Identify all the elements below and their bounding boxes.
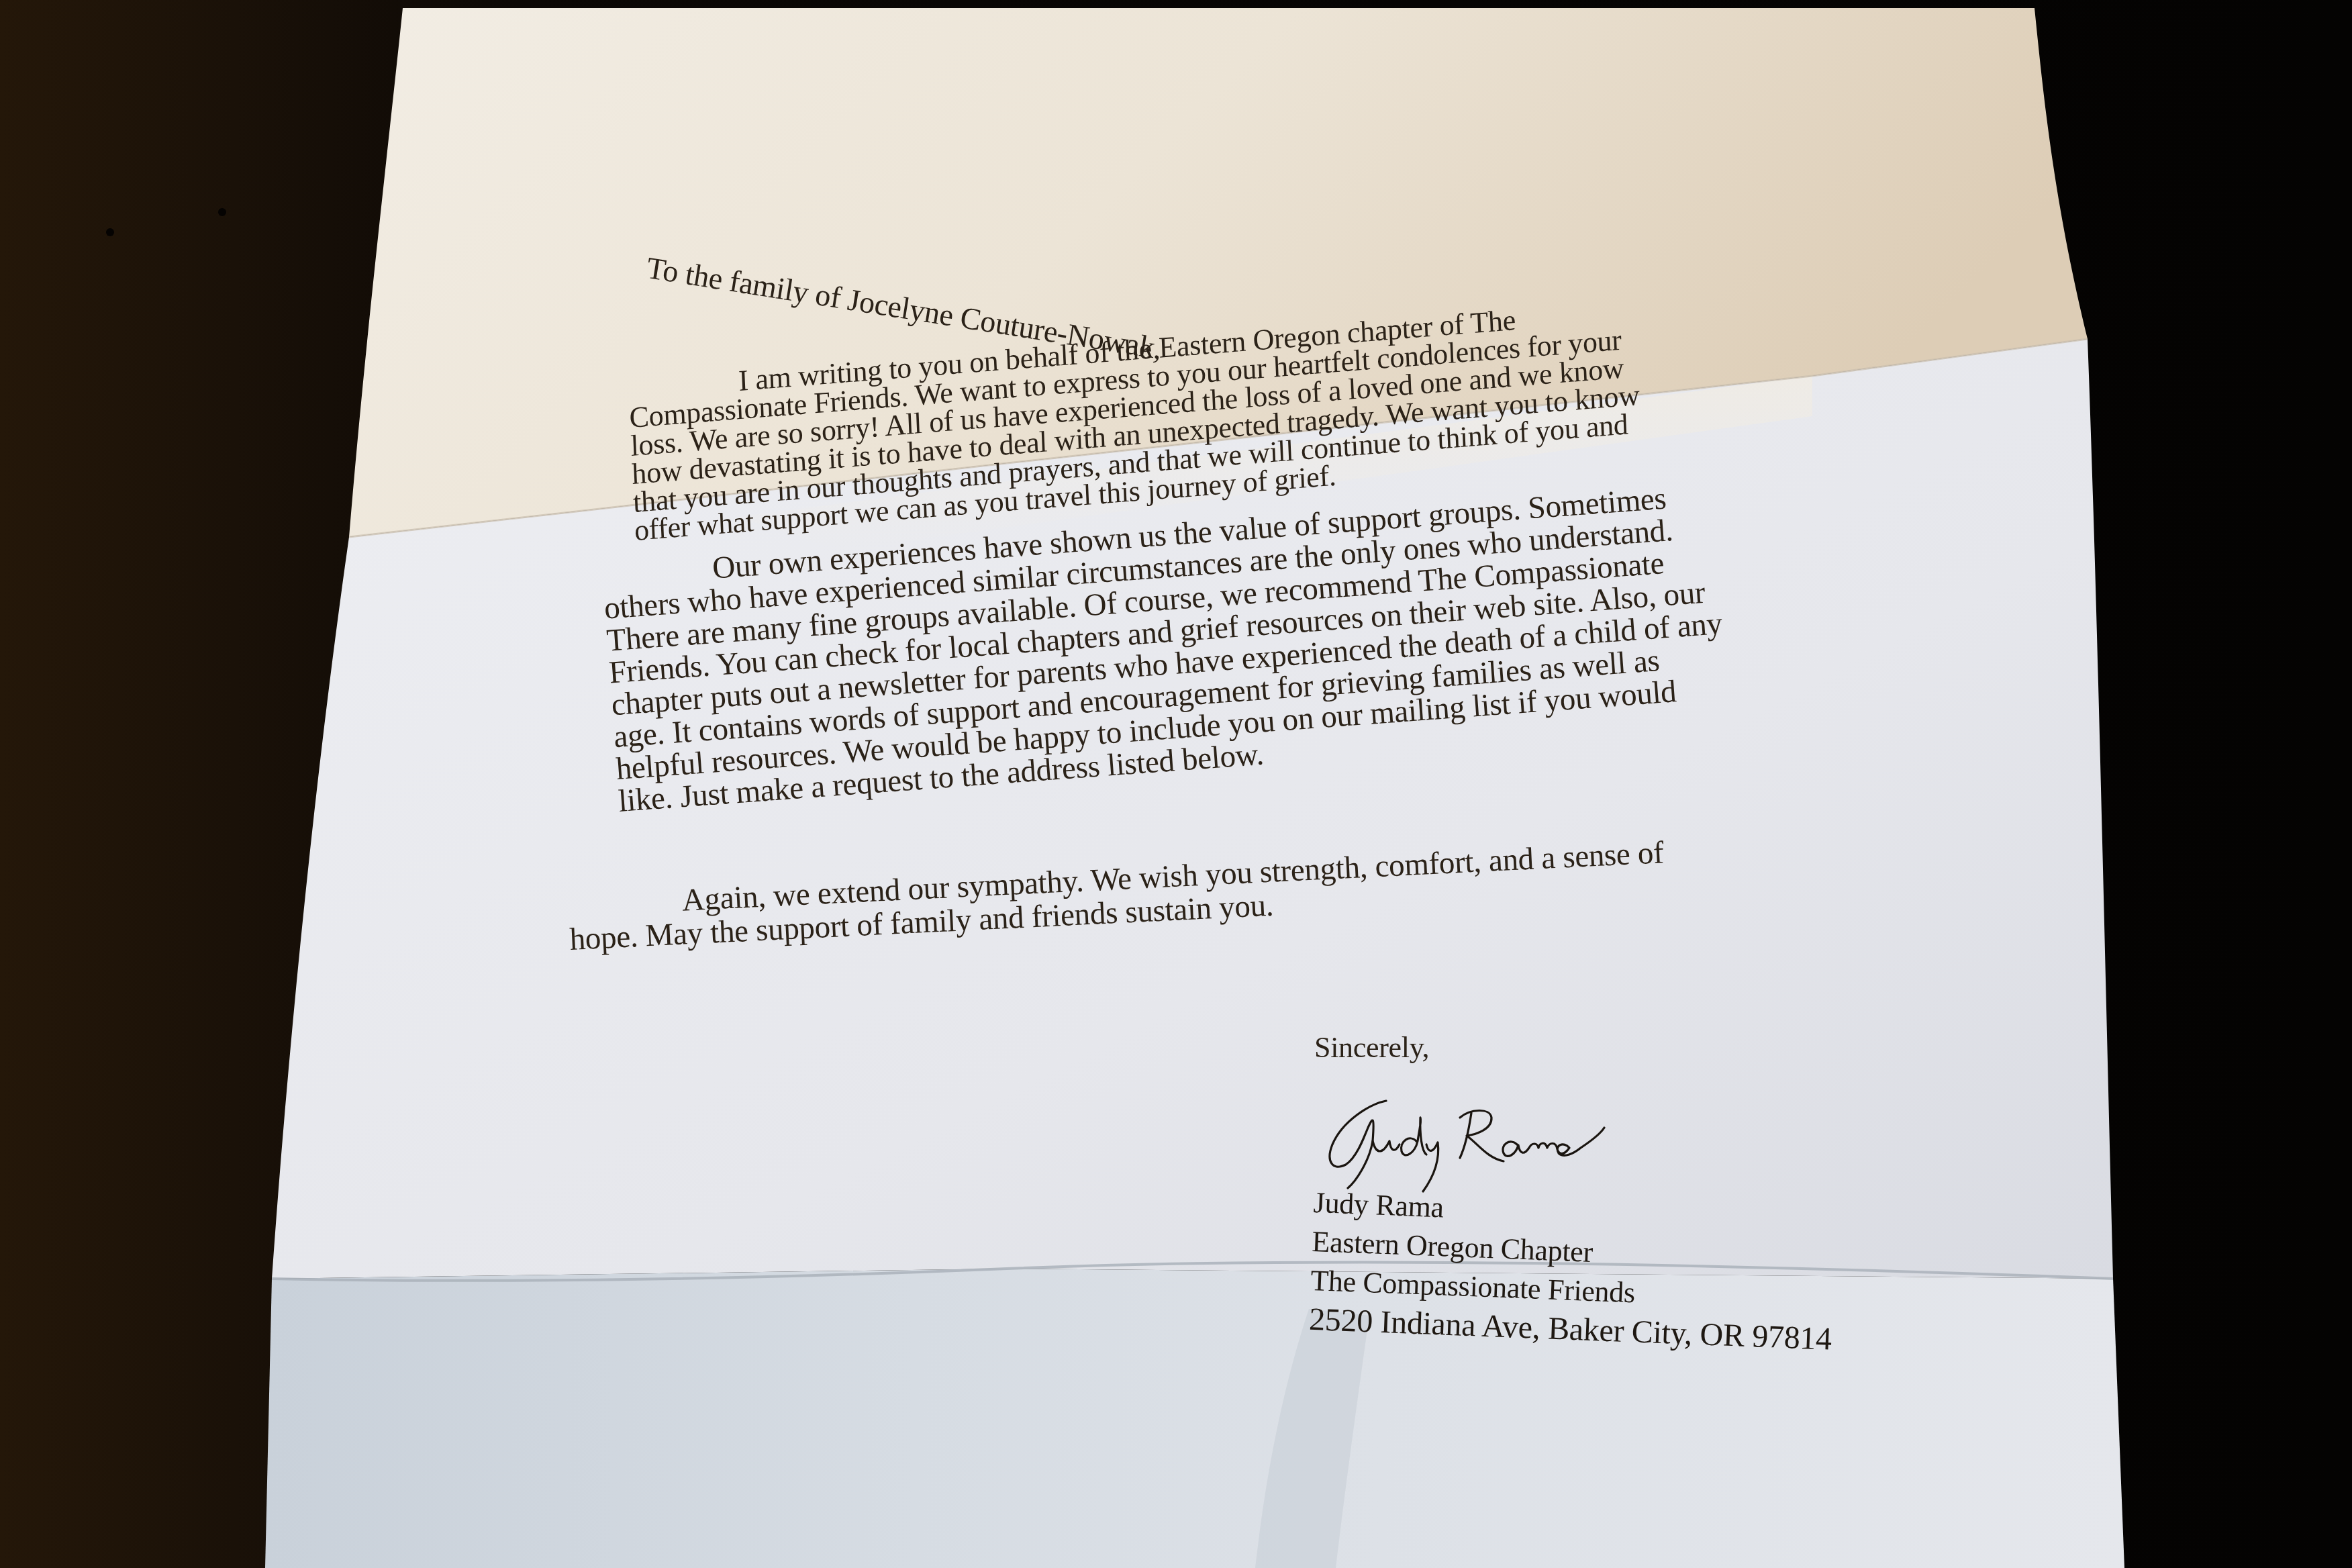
letter-sheet [0,0,2352,1568]
signer-block: Judy Rama Eastern Oregon Chapter The Com… [1308,1183,1836,1359]
letter-closing: Sincerely, [1314,1030,1429,1065]
handwritten-signature [1316,1081,1692,1195]
paper-shape [0,0,2352,1568]
